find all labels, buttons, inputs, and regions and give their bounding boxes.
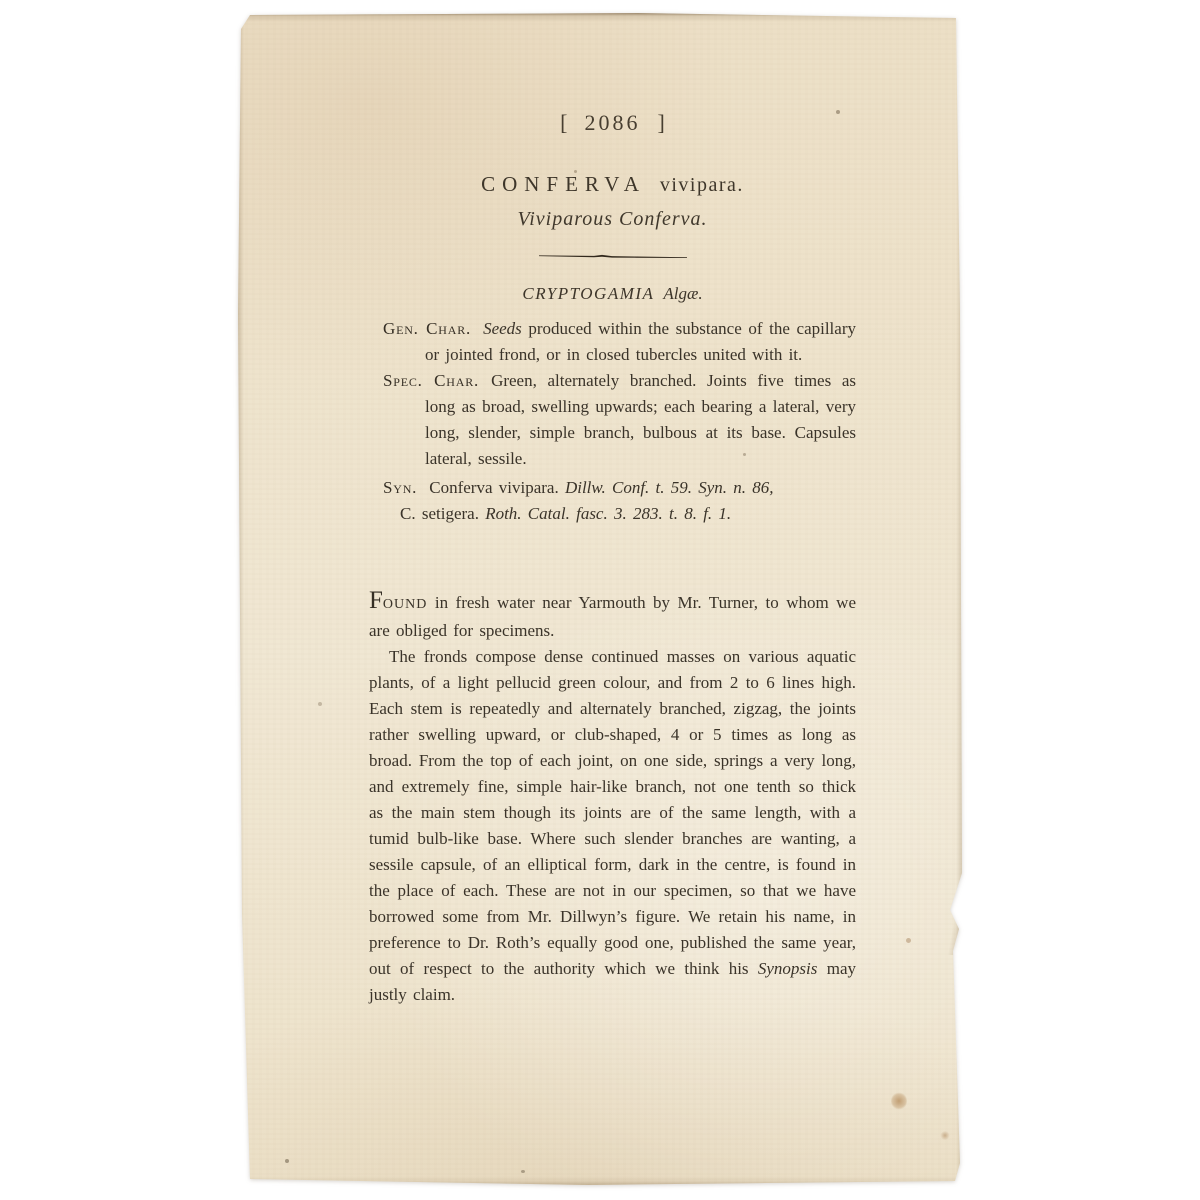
foxing-spot bbox=[906, 938, 911, 943]
syn-line2-text: C. setigera. Roth. Catal. fasc. 3. 283. … bbox=[400, 504, 731, 523]
syn-line1-text: Conferva vivipara. Dillw. Conf. t. 59. S… bbox=[429, 478, 773, 497]
foxing-spot bbox=[891, 1092, 907, 1110]
foxing-spot bbox=[940, 1131, 950, 1140]
description-paragraph: The fronds compose dense continued masse… bbox=[369, 644, 856, 1008]
title-genus: CONFERVA bbox=[481, 172, 646, 196]
divider-row bbox=[369, 249, 856, 267]
description-paragraph-text: The fronds compose dense continued masse… bbox=[369, 647, 856, 1004]
found-paragraph-text: FOUND in fresh water near Yarmouth by Mr… bbox=[369, 593, 856, 640]
gen-char-label: Gen. Char. bbox=[383, 319, 471, 338]
taxonomy-line: CRYPTOGAMIAAlgæ. bbox=[369, 284, 856, 304]
found-paragraph: FOUND in fresh water near Yarmouth by Mr… bbox=[369, 588, 856, 644]
taxonomy-class: CRYPTOGAMIA bbox=[522, 284, 654, 303]
page-number-bracket-right: ] bbox=[658, 110, 665, 136]
page-number-bracket-left: [ bbox=[560, 110, 567, 136]
scanned-page: [2086] CONFERVAvivipara. Viviparous Conf… bbox=[238, 13, 962, 1185]
page-number: [2086] bbox=[369, 110, 856, 136]
scanned-page-wrapper: [2086] CONFERVAvivipara. Viviparous Conf… bbox=[238, 13, 962, 1185]
taxonomy-order: Algæ. bbox=[663, 284, 702, 303]
common-name-subtitle: Viviparous Conferva. bbox=[369, 208, 856, 231]
foxing-spot bbox=[521, 1170, 525, 1173]
title-species: vivipara. bbox=[660, 174, 744, 196]
gen-char-text: Seeds produced within the substance of t… bbox=[425, 319, 856, 364]
section-divider-rule bbox=[538, 252, 688, 262]
gen-char-entry: Gen. Char.Seeds produced within the subs… bbox=[383, 316, 856, 368]
species-title: CONFERVAvivipara. bbox=[369, 172, 856, 197]
syn-label: Syn. bbox=[383, 478, 417, 497]
synonymy-entry: Syn.Conferva vivipara. Dillw. Conf. t. 5… bbox=[369, 475, 856, 527]
page-content: [2086] CONFERVAvivipara. Viviparous Conf… bbox=[369, 13, 856, 1008]
synonymy-line-1: Syn.Conferva vivipara. Dillw. Conf. t. 5… bbox=[383, 475, 856, 501]
foxing-spot bbox=[318, 702, 322, 706]
scan-canvas: [2086] CONFERVAvivipara. Viviparous Conf… bbox=[0, 0, 1200, 1200]
page-number-value: 2086 bbox=[585, 110, 641, 136]
spec-char-label: Spec. Char. bbox=[383, 371, 479, 390]
foxing-spot bbox=[285, 1159, 289, 1163]
synonymy-line-2: C. setigera. Roth. Catal. fasc. 3. 283. … bbox=[400, 501, 856, 527]
torn-edge-shadow bbox=[946, 897, 962, 955]
spec-char-entry: Spec. Char.Green, alternately branched. … bbox=[383, 368, 856, 472]
spec-char-text: Green, alternately branched. Joints five… bbox=[425, 371, 856, 468]
